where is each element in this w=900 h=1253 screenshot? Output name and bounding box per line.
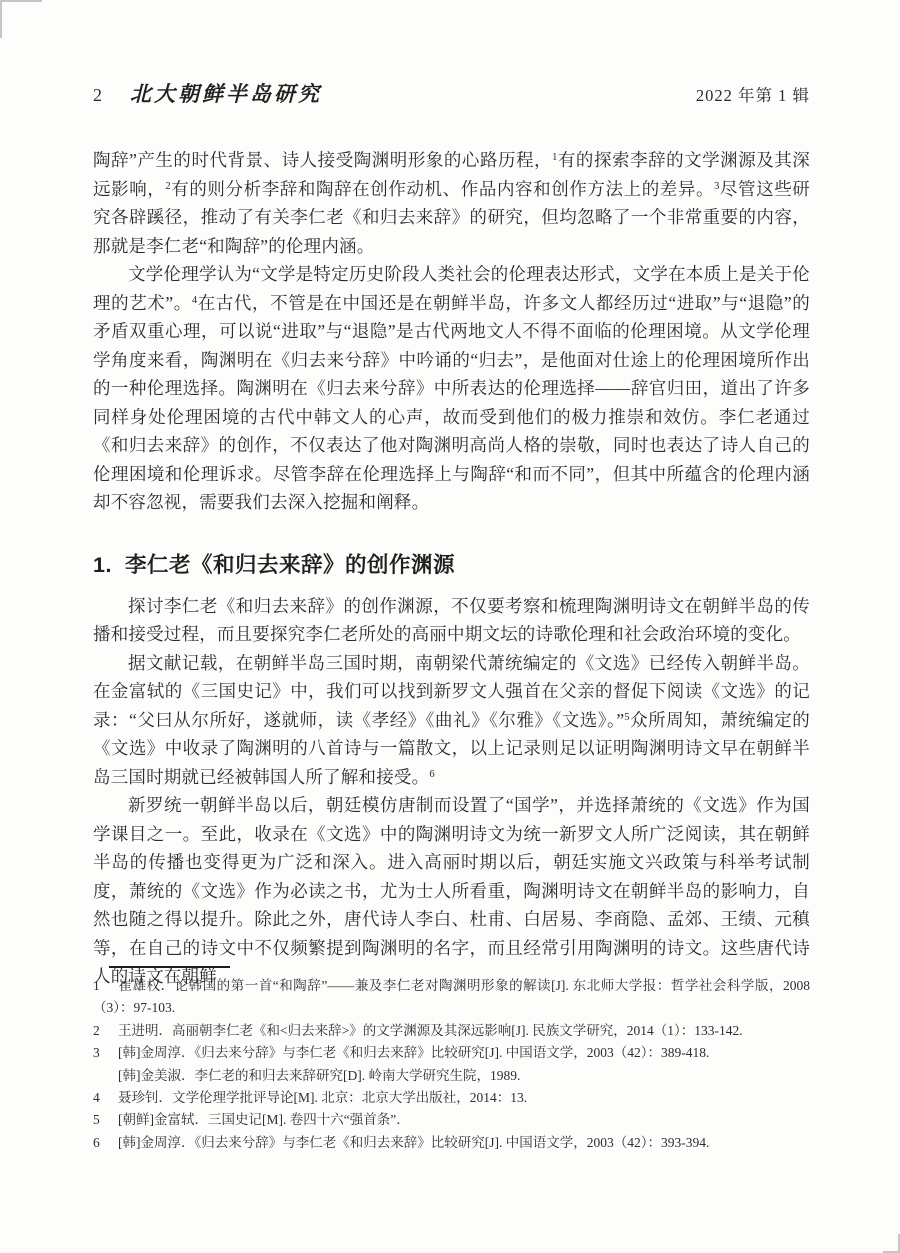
- body-paragraph: 文学伦理学认为“文学是特定历史阶段人类社会的伦理表达形式，文学在本质上是关于伦理…: [93, 260, 810, 517]
- page-header: 2 北大朝鲜半岛研究 2022 年第 1 辑: [93, 78, 810, 108]
- footnote-list: 1崔雄权．论韩国的第一首“和陶辞”——兼及李仁老对陶渊明形象的解读[J]. 东北…: [93, 975, 810, 1154]
- issue-label: 2022 年第 1 辑: [696, 82, 810, 106]
- footnote-item: 5[朝鲜]金富轼．三国史记[M]. 卷四十六“强首条”．: [93, 1109, 810, 1131]
- footnote-item: 4聂珍钊．文学伦理学批评导论[M]. 北京：北京大学出版社，2014：13.: [93, 1087, 810, 1109]
- footnote-divider: [109, 966, 230, 968]
- footnote-number: 4: [93, 1087, 118, 1109]
- page-edge-mark-top-horizontal: [0, 0, 42, 2]
- body-paragraph: 探讨李仁老《和归去来辞》的创作渊源，不仅要考察和梳理陶渊明诗文在朝鲜半岛的传播和…: [93, 592, 810, 649]
- footnote-reference: 6: [429, 769, 434, 780]
- footnote-number: 6: [93, 1132, 118, 1154]
- page-edge-mark-top-vertical: [0, 0, 2, 38]
- body-paragraph: 据文献记载，在朝鲜半岛三国时期，南朝梁代萧统编定的《文选》已经传入朝鲜半岛。在金…: [93, 649, 810, 792]
- section-heading-number: 1.: [93, 553, 112, 577]
- footnote-number: 2: [93, 1020, 118, 1042]
- footnote-number: 5: [93, 1109, 118, 1131]
- footnote-number: 1: [93, 975, 118, 997]
- footnote-item: 3[韩]金周淳．《归去来兮辞》与李仁老《和归去来辞》比较研究[J]. 中国语文学…: [93, 1042, 810, 1064]
- body-paragraph: 陶辞”产生的时代背景、诗人接受陶渊明形象的心路历程，1有的探索李辞的文学渊源及其…: [93, 146, 810, 260]
- section-heading-title: 李仁老《和归去来辞》的创作渊源: [125, 553, 455, 577]
- footnote-item-continued: [韩]金美淑．李仁老的和归去来辞研究[D]. 岭南大学研究生院，1989.: [93, 1065, 810, 1087]
- section-heading: 1.李仁老《和归去来辞》的创作渊源: [93, 548, 810, 579]
- footnote-reference: 3: [714, 181, 719, 192]
- journal-page: 2 北大朝鲜半岛研究 2022 年第 1 辑 陶辞”产生的时代背景、诗人接受陶渊…: [0, 0, 900, 1253]
- journal-title: 北大朝鲜半岛研究: [130, 78, 322, 108]
- footnote-number: 3: [93, 1042, 118, 1064]
- footnote-reference: 2: [165, 181, 170, 192]
- article-body: 陶辞”产生的时代背景、诗人接受陶渊明形象的心路历程，1有的探索李辞的文学渊源及其…: [93, 146, 810, 991]
- footnote-item: 2王进明．高丽朝李仁老《和<归去来辞>》的文学渊源及其深远影响[J]. 民族文学…: [93, 1020, 810, 1042]
- footnote-reference: 5: [624, 712, 629, 723]
- footnote-item: 1崔雄权．论韩国的第一首“和陶辞”——兼及李仁老对陶渊明形象的解读[J]. 东北…: [93, 975, 810, 1020]
- footnote-section: 1崔雄权．论韩国的第一首“和陶辞”——兼及李仁老对陶渊明形象的解读[J]. 东北…: [93, 952, 810, 1154]
- footnote-reference: 4: [192, 295, 197, 306]
- footnote-item: 6[韩]金周淳．《归去来兮辞》与李仁老《和归去来辞》比较研究[J]. 中国语文学…: [93, 1132, 810, 1154]
- footnote-reference: 1: [552, 152, 557, 163]
- page-number: 2: [93, 85, 102, 106]
